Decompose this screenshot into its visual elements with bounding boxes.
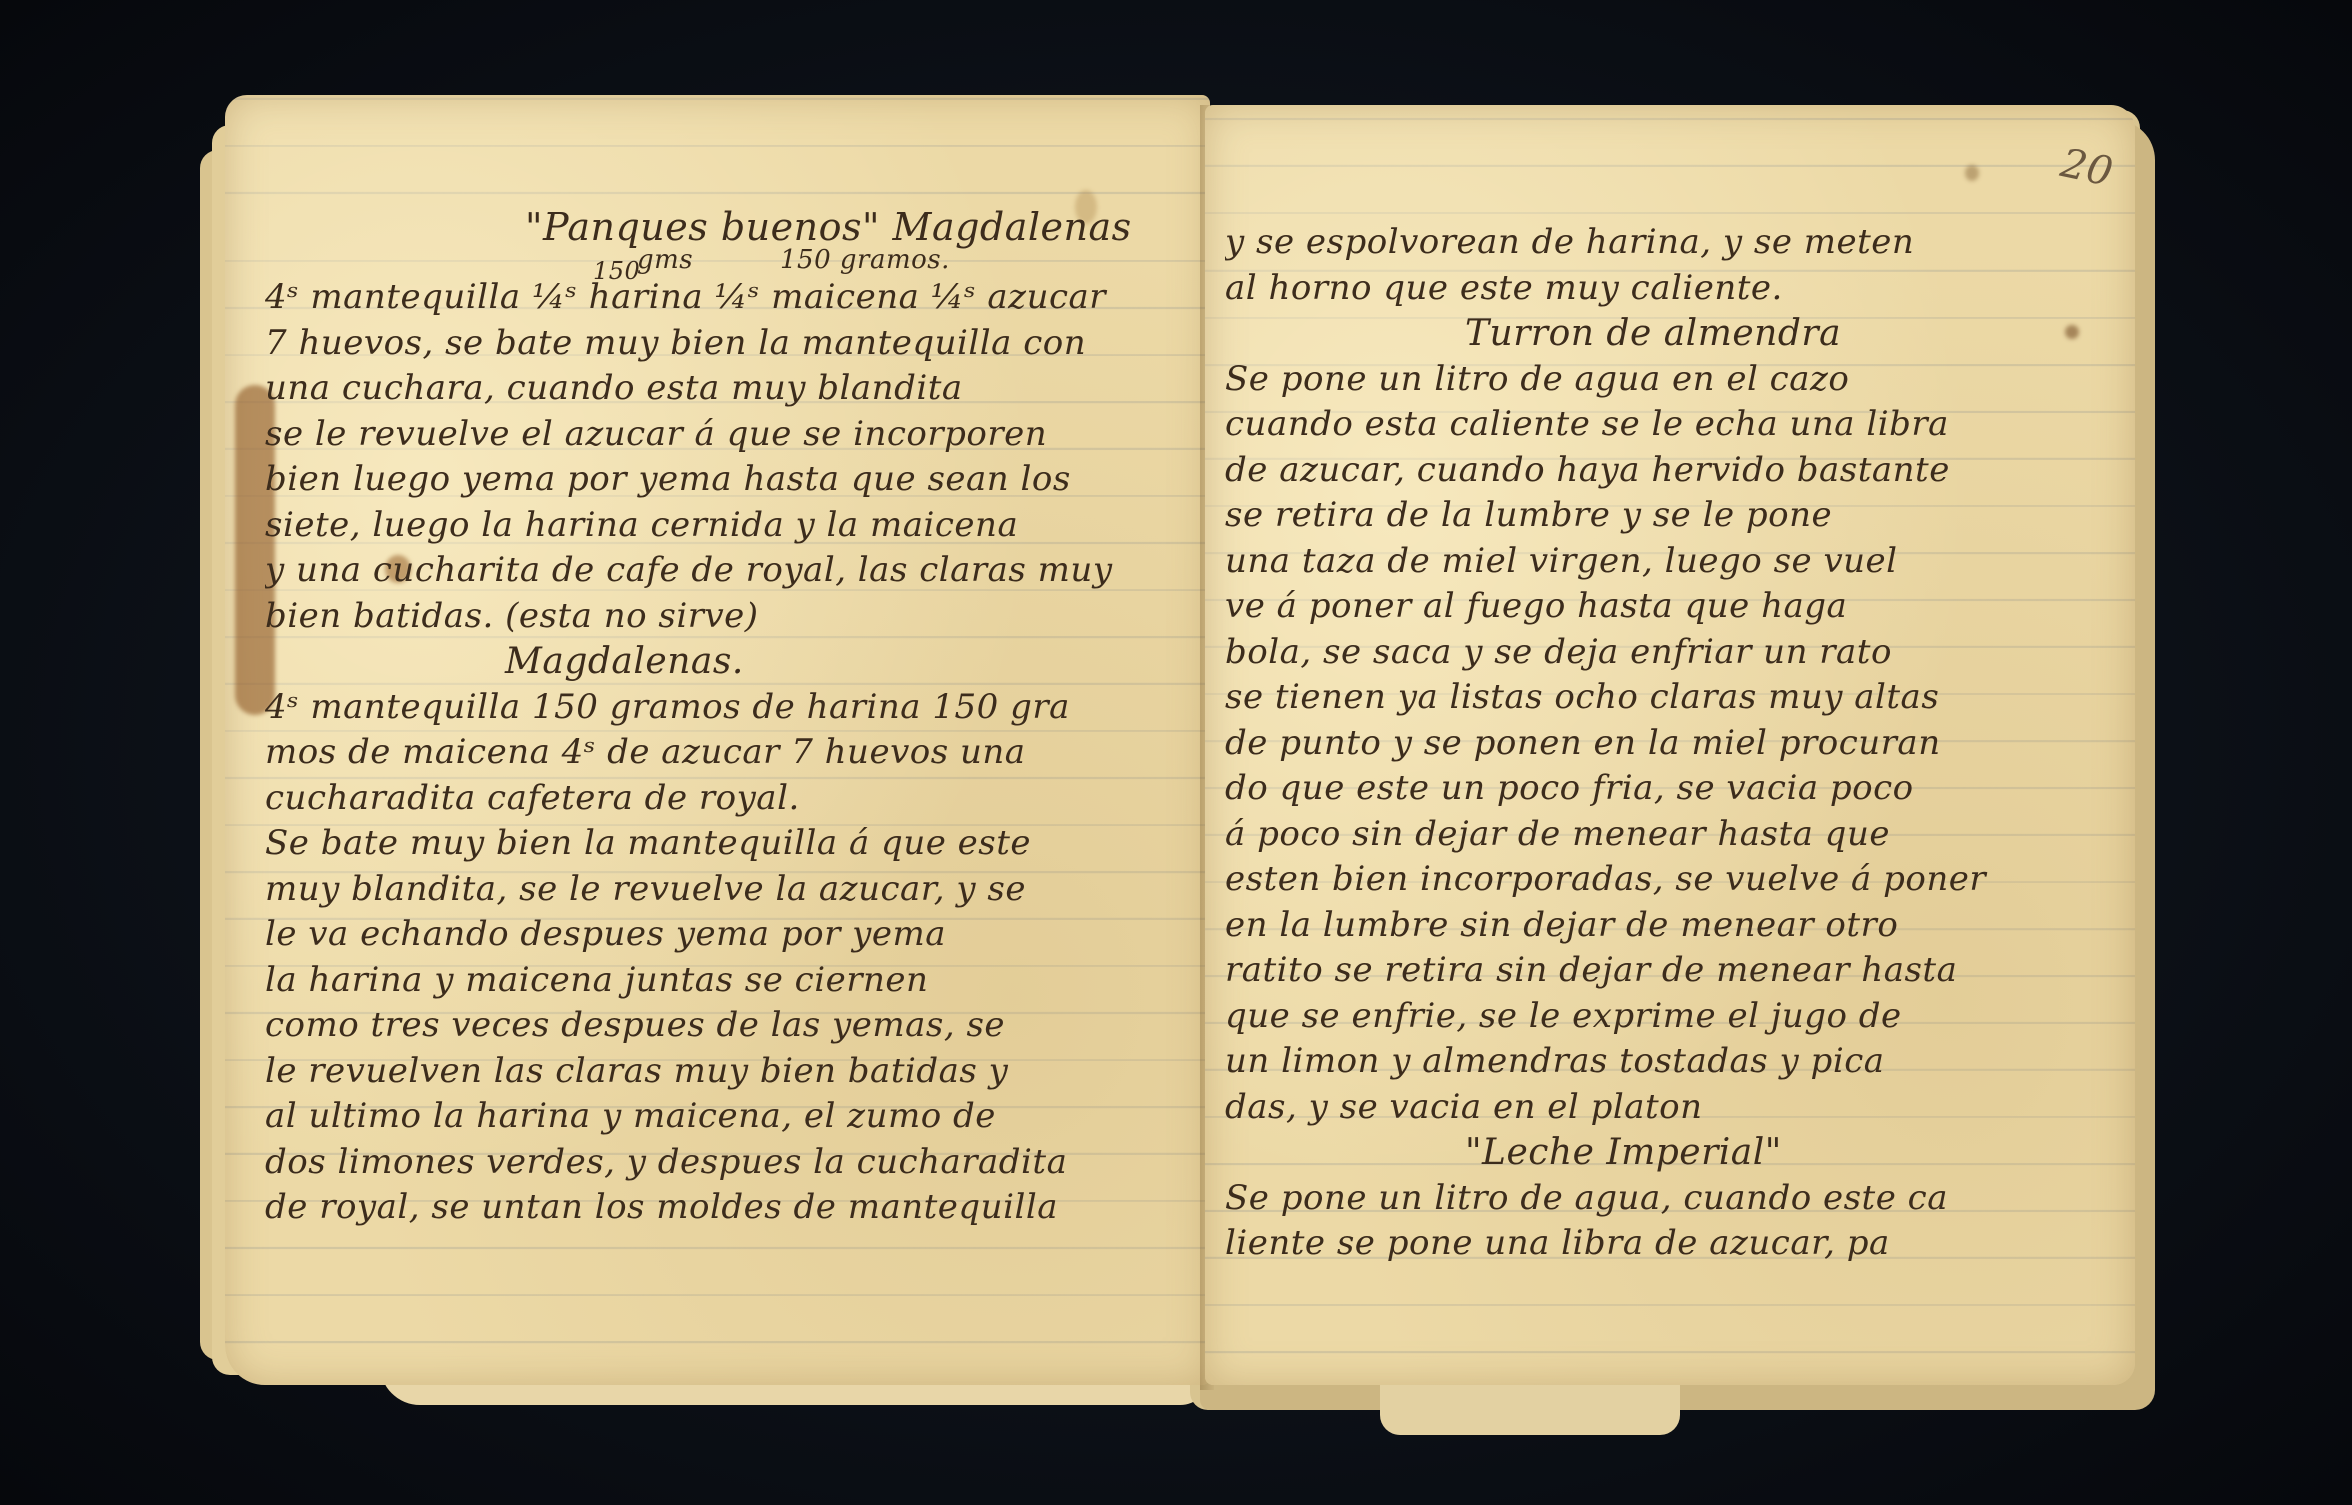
text-line: se le revuelve el azucar á que se incorp… bbox=[265, 412, 1205, 458]
text-line: se retira de la lumbre y se le pone bbox=[1225, 493, 2125, 539]
text-line: le va echando despues yema por yema bbox=[265, 912, 1205, 958]
text-line: en la lumbre sin dejar de menear otro bbox=[1225, 903, 2125, 949]
text-line: una taza de miel virgen, luego se vuel bbox=[1225, 539, 2125, 585]
text-line: bola, se saca y se deja enfriar un rato bbox=[1225, 630, 2125, 676]
text-line: esten bien incorporadas, se vuelve á pon… bbox=[1225, 857, 2125, 903]
text-line: de royal, se untan los moldes de mantequ… bbox=[265, 1185, 1205, 1231]
text-line: de azucar, cuando haya hervido bastante bbox=[1225, 448, 2125, 494]
text-line: 4ˢ mantequilla ¼ˢ harina ¼ˢ maicena ¼ˢ a… bbox=[265, 275, 1205, 321]
text-line: Se bate muy bien la mantequilla á que es… bbox=[265, 821, 1205, 867]
annotation-150-gramos: 150 gramos. bbox=[780, 245, 950, 275]
torn-page-edge bbox=[1380, 1385, 1680, 1435]
text-line: Se pone un litro de agua, cuando este ca bbox=[1225, 1176, 2125, 1222]
page-number: 20 bbox=[2057, 140, 2117, 196]
recipe-title: "Panques buenos" Magdalenas bbox=[525, 205, 1132, 249]
text-line: de punto y se ponen en la miel procuran bbox=[1225, 721, 2125, 767]
text-line: ratito se retira sin dejar de menear has… bbox=[1225, 948, 2125, 994]
text-line: cuando esta caliente se le echa una libr… bbox=[1225, 402, 2125, 448]
text-line: mos de maicena 4ˢ de azucar 7 huevos una bbox=[265, 730, 1205, 776]
right-page-text: y se espolvorean de harina, y se meten a… bbox=[1225, 220, 2125, 1267]
text-line: siete, luego la harina cernida y la maic… bbox=[265, 503, 1205, 549]
text-line: do que este un poco fria, se vacia poco bbox=[1225, 766, 2125, 812]
left-page-text: 4ˢ mantequilla ¼ˢ harina ¼ˢ maicena ¼ˢ a… bbox=[265, 275, 1205, 1231]
paper-stain bbox=[1965, 165, 1979, 181]
text-line: ve á poner al fuego hasta que haga bbox=[1225, 584, 2125, 630]
text-line: Se pone un litro de agua en el cazo bbox=[1225, 357, 2125, 403]
recipe-heading-leche-imperial: "Leche Imperial" bbox=[1225, 1130, 2125, 1176]
text-line: al horno que este muy caliente. bbox=[1225, 266, 2125, 312]
text-line: y una cucharita de cafe de royal, las cl… bbox=[265, 548, 1205, 594]
text-line: al ultimo la harina y maicena, el zumo d… bbox=[265, 1094, 1205, 1140]
right-page: 20 y se espolvorean de harina, y se mete… bbox=[1205, 105, 2135, 1385]
text-line: bien luego yema por yema hasta que sean … bbox=[265, 457, 1205, 503]
text-line: dos limones verdes, y despues la cuchara… bbox=[265, 1140, 1205, 1186]
annotation-gms: gms bbox=[637, 245, 693, 275]
text-line: cucharadita cafetera de royal. bbox=[265, 776, 1205, 822]
left-page: "Panques buenos" Magdalenas 150 gms 150 … bbox=[225, 95, 1210, 1385]
text-line: liente se pone una libra de azucar, pa bbox=[1225, 1221, 2125, 1267]
text-line: 4ˢ mantequilla 150 gramos de harina 150 … bbox=[265, 685, 1205, 731]
text-line: como tres veces despues de las yemas, se bbox=[265, 1003, 1205, 1049]
recipe-heading-magdalenas: Magdalenas. bbox=[265, 639, 1205, 685]
text-line: que se enfrie, se le exprime el jugo de bbox=[1225, 994, 2125, 1040]
text-line: á poco sin dejar de menear hasta que bbox=[1225, 812, 2125, 858]
text-line: la harina y maicena juntas se ciernen bbox=[265, 958, 1205, 1004]
text-line: das, y se vacia en el platon bbox=[1225, 1085, 2125, 1131]
open-notebook: "Panques buenos" Magdalenas 150 gms 150 … bbox=[200, 95, 2160, 1435]
text-line: un limon y almendras tostadas y pica bbox=[1225, 1039, 2125, 1085]
text-line: se tienen ya listas ocho claras muy alta… bbox=[1225, 675, 2125, 721]
text-line: y se espolvorean de harina, y se meten bbox=[1225, 220, 2125, 266]
text-line: le revuelven las claras muy bien batidas… bbox=[265, 1049, 1205, 1095]
text-line: 7 huevos, se bate muy bien la mantequill… bbox=[265, 321, 1205, 367]
text-line: muy blandita, se le revuelve la azucar, … bbox=[265, 867, 1205, 913]
recipe-heading-turron: Turron de almendra bbox=[1225, 311, 2125, 357]
text-line: una cuchara, cuando esta muy blandita bbox=[265, 366, 1205, 412]
text-line: bien batidas. (esta no sirve) bbox=[265, 594, 1205, 640]
